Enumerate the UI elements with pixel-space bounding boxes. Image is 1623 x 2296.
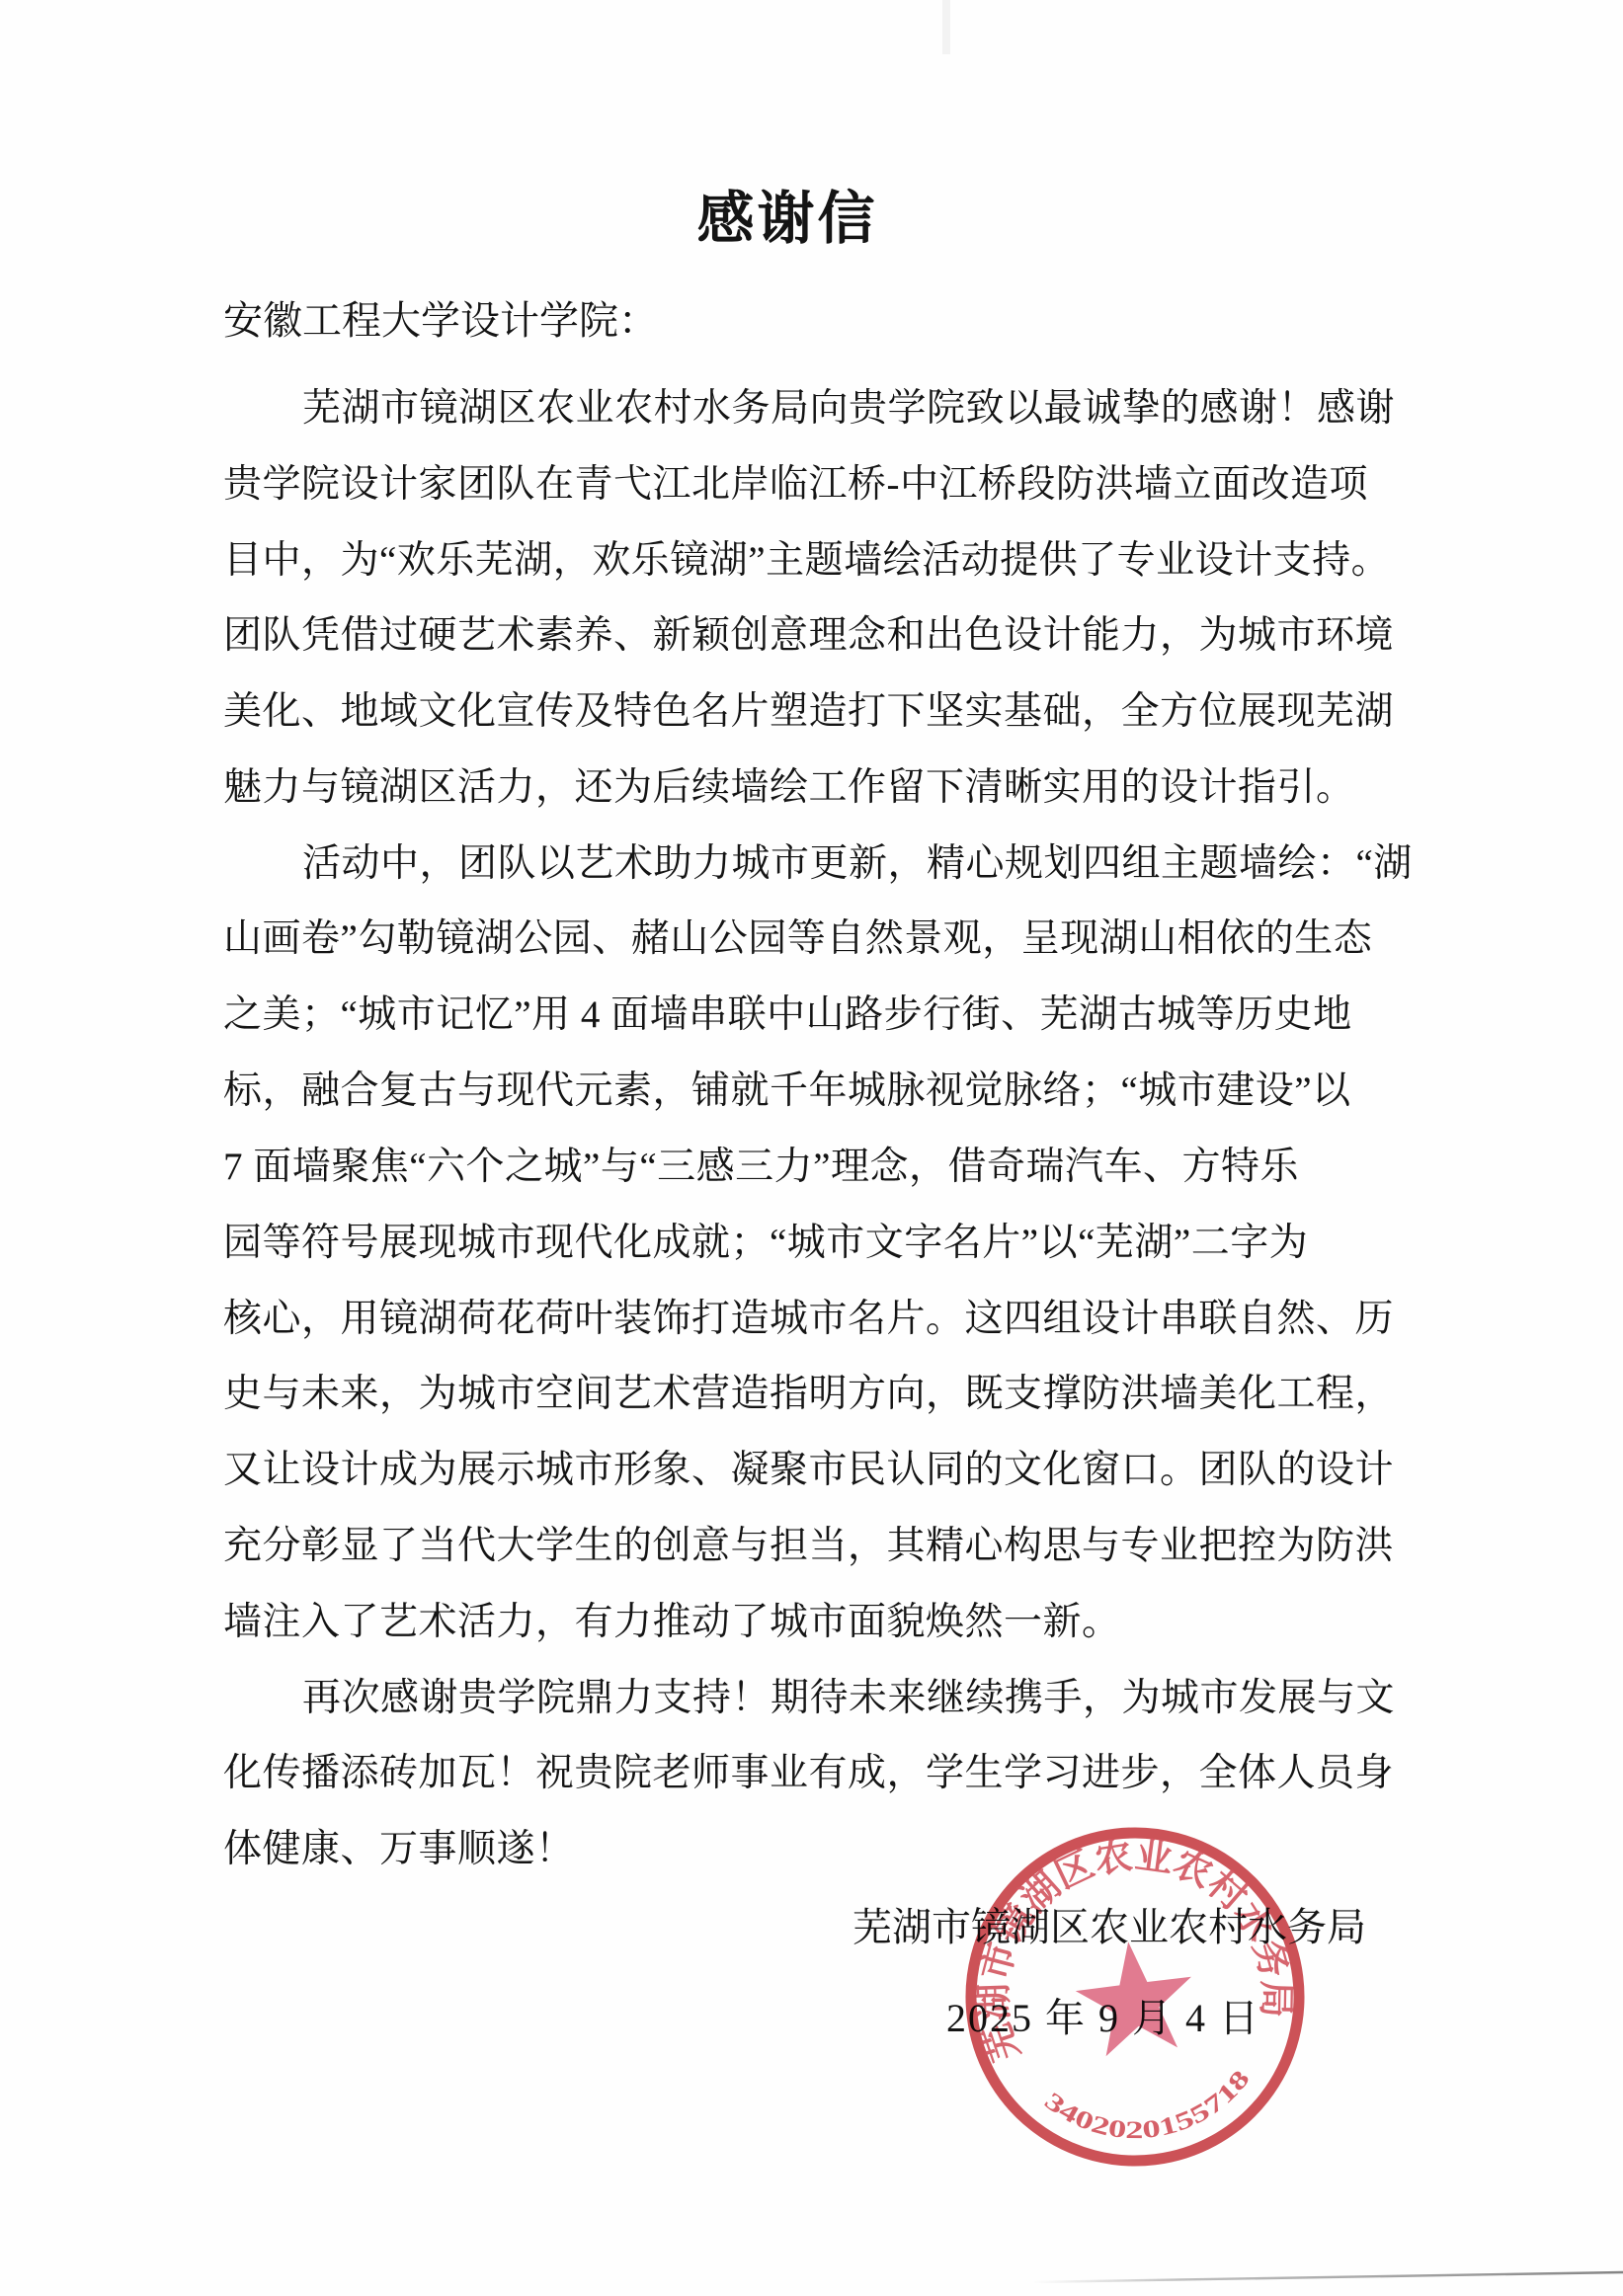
letter-body-line: 活动中，团队以艺术助力城市更新，精心规划四组主题墙绘：“湖	[223, 840, 1468, 888]
letter-body-line: 化传播添砖加瓦！祝贵院老师事业有成，学生学习进步，全体人员身	[223, 1750, 1389, 1797]
scan-artifact-fold	[942, 0, 950, 54]
signature-date: 2025 年 9 月 4 日	[946, 1995, 1260, 2042]
letter-body-line: 魅力与镜湖区活力，还为后续墙绘工作留下清晰实用的设计指引。	[223, 764, 1389, 812]
letter-body-line: 美化、地域文化宣传及特色名片塑造打下坚实基础，全方位展现芜湖	[223, 688, 1389, 736]
letter-body-line: 芜湖市镜湖区农业农村水务局向贵学院致以最诚挚的感谢！感谢	[223, 385, 1468, 433]
letter-body-line: 又让设计成为展示城市形象、凝聚市民认同的文化窗口。团队的设计	[223, 1447, 1389, 1494]
signature-org-name: 芜湖市镜湖区农业农村水务局	[852, 1904, 1366, 1951]
letter-body-line: 之美；“城市记忆”用 4 面墙串联中山路步行街、芜湖古城等历史地	[223, 991, 1389, 1039]
letter-body-line: 目中，为“欢乐芜湖，欢乐镜湖”主题墙绘活动提供了专业设计支持。	[223, 537, 1389, 585]
letter-body-line: 标，融合复古与现代元素，铺就千年城脉视觉脉络；“城市建设”以	[223, 1068, 1389, 1115]
salutation: 安徽工程大学设计学院：	[223, 297, 658, 345]
letter-body-line: 7 面墙聚焦“六个之城”与“三感三力”理念，借奇瑞汽车、方特乐	[223, 1144, 1389, 1191]
letter-body-line: 史与未来，为城市空间艺术营造指明方向，既支撑防洪墙美化工程，	[223, 1371, 1389, 1418]
scan-artifact-line	[1027, 2266, 1623, 2286]
letter-body-line: 核心，用镜湖荷花荷叶装饰打造城市名片。这四组设计串联自然、历	[223, 1296, 1389, 1343]
letter-body-line: 贵学院设计家团队在青弋江北岸临江桥-中江桥段防洪墙立面改造项	[223, 461, 1389, 509]
letter-page: 感谢信 安徽工程大学设计学院： 芜湖市镜湖区农业农村水务局向贵学院致以最诚挚的感…	[0, 0, 1623, 2296]
letter-body-line: 山画卷”勾勒镜湖公园、赭山公园等自然景观，呈现湖山相依的生态	[223, 915, 1389, 963]
seal-code: 3402020155718	[1037, 2063, 1261, 2156]
letter-body-line: 体健康、万事顺遂！	[223, 1826, 1389, 1873]
letter-body-line: 园等符号展现城市现代化成就；“城市文字名片”以“芜湖”二字为	[223, 1220, 1389, 1267]
letter-body-line: 墙注入了艺术活力，有力推动了城市面貌焕然一新。	[223, 1599, 1389, 1646]
letter-body-line: 再次感谢贵学院鼎力支持！期待未来继续携手，为城市发展与文	[223, 1675, 1468, 1722]
letter-body-line: 充分彰显了当代大学生的创意与担当，其精心构思与专业把控为防洪	[223, 1523, 1389, 1570]
page-title: 感谢信	[0, 188, 1575, 251]
letter-body-line: 团队凭借过硬艺术素养、新颖创意理念和出色设计能力，为城市环境	[223, 612, 1389, 660]
